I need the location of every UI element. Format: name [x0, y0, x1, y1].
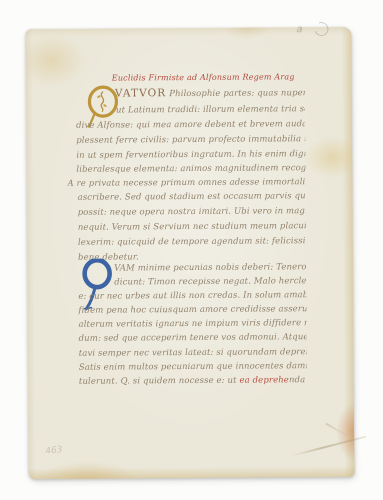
crease-line [292, 436, 366, 457]
text-line: Satis enim multos pecuniarum que innocen… [79, 360, 307, 374]
text-line: e: cur nec urbes aut illis non credas. I… [78, 289, 306, 303]
text-line: VATVORPhilosophie partes: quas nuper ad … [115, 86, 305, 100]
manuscript-leaf: a Euclidis Firmiste ad Alfonsum Regem Ar… [25, 27, 354, 479]
text-line: A re privata necesse primum omnes adesse… [67, 176, 305, 190]
text-line: ut Latinum tradidi: illorum elementa tri… [116, 103, 305, 116]
line-text: tulerunt. Q. si quidem nocesse e: ut [79, 376, 240, 387]
text-line: lexerim: quicquid de tempore agendum sit… [78, 235, 306, 249]
text-line: dive Alfonse: qui mea amore debent et br… [76, 118, 305, 132]
line-text: nda quorundam [289, 375, 307, 385]
text-line: ascribere. Sed quod stadium est occasum … [78, 190, 306, 204]
text-line: possit: neque opera nostra imitari. Ubi … [78, 205, 306, 219]
crease-line [326, 423, 349, 437]
rubric-heading: Euclidis Firmiste ad Alfonsum Regem Arag… [112, 71, 294, 84]
red-text-segment: ea deprehe [239, 375, 289, 385]
text-line: plessent ferre civilis: parvum profecto … [76, 133, 305, 147]
text-line: tulerunt. Q. si quidem nocesse e: ut ea … [79, 374, 307, 388]
text-line: VAM minime pecunias nobis deberi: Tenero… [114, 261, 306, 274]
text-line: liberalesque elementa: animos magnitudin… [76, 162, 305, 176]
text-line: nequit. Verum si Servium nec studium meu… [78, 220, 306, 234]
text-line: fidem pena hoc cuiusquam amore credidiss… [78, 303, 306, 317]
text-line: in ut spem ferventioribus ingratum. In h… [76, 148, 305, 162]
pencil-mark-letter: a [296, 24, 302, 35]
line-text: Philosophie partes: quas nuper ad illa l… [169, 88, 305, 100]
text-line: dicunt: Timon recepisse negat. Malo herc… [114, 275, 306, 288]
pencil-mark-number: 463 [45, 445, 63, 457]
photo-background: a Euclidis Firmiste ad Alfonsum Regem Ar… [0, 0, 383, 500]
opening-word: VATVOR [115, 87, 166, 99]
pencil-circle-mark [312, 20, 331, 39]
text-line: dum: sed que acceperim tenere vos admonu… [79, 331, 307, 345]
text-line: tavi semper nec veritas lateat: si quoru… [79, 346, 307, 360]
text-line: alterum veritatis ignarus ne impium viri… [78, 317, 306, 331]
